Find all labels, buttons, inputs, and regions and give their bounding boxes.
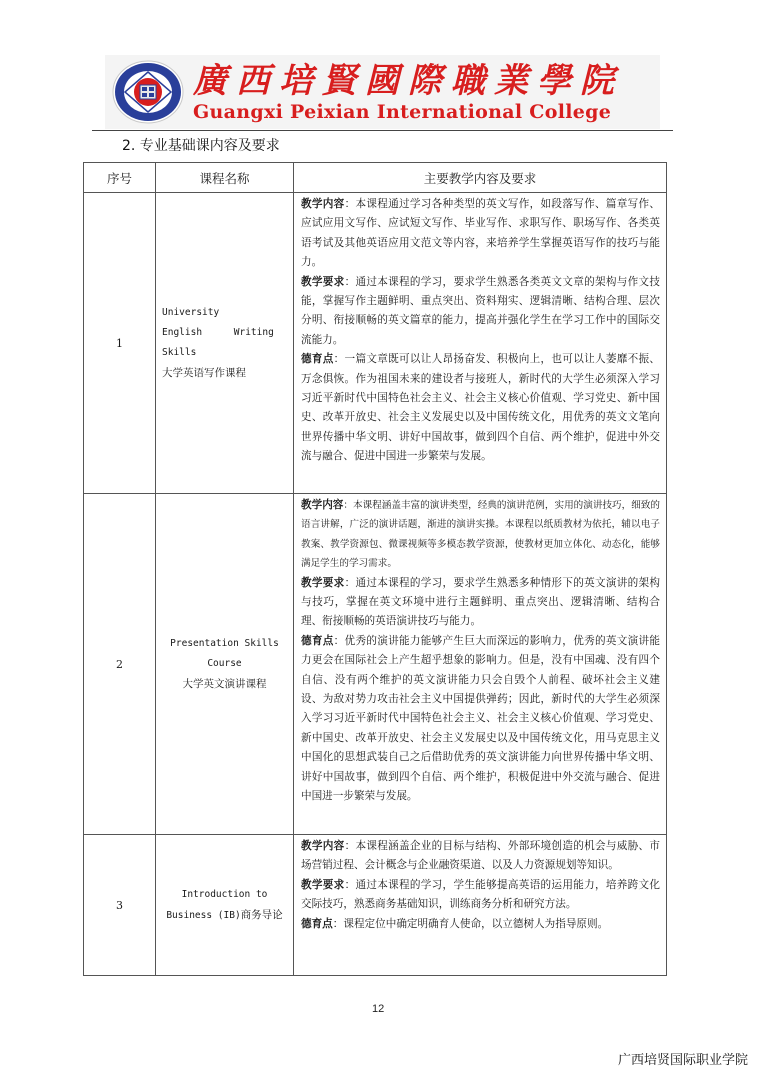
course-name-cn: 大学英文演讲课程 xyxy=(162,674,287,694)
table-row: 1 University English Writing Skills 大学英语… xyxy=(84,193,667,494)
moral-education-point: 德育点：课程定位中确定明确育人使命，以立德树人为指导原则。 xyxy=(301,915,660,934)
college-header-banner: 廣西培賢國際職業學院 Guangxi Peixian International… xyxy=(105,55,660,129)
course-name-en: Presentation Skills Course xyxy=(162,634,287,674)
teaching-content: 教学内容：本课程涵盖丰富的演讲类型，经典的演讲范例，实用的演讲技巧，细致的语言讲… xyxy=(301,496,660,574)
course-name-cn: 商务导论 xyxy=(241,909,283,921)
teaching-requirement: 教学要求：通过本课程的学习，要求学生熟悉多种情形下的英文演讲的架构与技巧，掌握在… xyxy=(301,574,660,632)
moral-education-point: 德育点：优秀的演讲能力能够产生巨大而深远的影响力，优秀的英文演讲能力更会在国际社… xyxy=(301,632,660,807)
teaching-requirement: 教学要求：通过本课程的学习，要求学生熟悉各类英文文章的架构与作文技能，掌握写作主… xyxy=(301,273,660,351)
row-index: 3 xyxy=(84,835,156,976)
moral-education-point: 德育点：一篇文章既可以让人昂扬奋发、积极向上，也可以让人萎靡不振、万念俱恢。作为… xyxy=(301,350,660,466)
table-header-row: 序号 课程名称 主要教学内容及要求 xyxy=(84,163,667,193)
section-title: 2. 专业基础课内容及要求 xyxy=(122,137,280,155)
course-description: 教学内容：本课程涵盖丰富的演讲类型，经典的演讲范例，实用的演讲技巧，细致的语言讲… xyxy=(294,494,667,835)
footer-college-name: 广西培贤国际职业学院 xyxy=(618,1049,748,1068)
course-description: 教学内容：本课程通过学习各种类型的英文写作，如段落写作、篇章写作、应试应用文写作… xyxy=(294,193,667,494)
course-name-en: University English Writing Skills xyxy=(162,303,287,363)
college-name-cn: 廣西培賢國際職業學院 xyxy=(193,61,623,101)
teaching-content: 教学内容：本课程涵盖企业的目标与结构、外部环境创造的机会与威胁、市场营销过程、会… xyxy=(301,837,660,876)
column-header-index: 序号 xyxy=(84,163,156,193)
college-emblem-icon xyxy=(111,59,185,125)
course-name-cn: 大学英语写作课程 xyxy=(162,363,287,383)
course-description: 教学内容：本课程涵盖企业的目标与结构、外部环境创造的机会与威胁、市场营销过程、会… xyxy=(294,835,667,976)
teaching-requirement: 教学要求：通过本课程的学习，学生能够提高英语的运用能力，培养跨文化交际技巧，熟悉… xyxy=(301,876,660,915)
teaching-content: 教学内容：本课程通过学习各种类型的英文写作，如段落写作、篇章写作、应试应用文写作… xyxy=(301,195,660,273)
college-name-en: Guangxi Peixian International College xyxy=(193,101,611,123)
row-index: 2 xyxy=(84,494,156,835)
course-name: Presentation Skills Course 大学英文演讲课程 xyxy=(156,494,294,835)
course-name: University English Writing Skills 大学英语写作… xyxy=(156,193,294,494)
column-header-content: 主要教学内容及要求 xyxy=(294,163,667,193)
curriculum-table: 序号 课程名称 主要教学内容及要求 1 University English W… xyxy=(83,162,667,976)
course-name: Introduction to Business (IB)商务导论 xyxy=(156,835,294,976)
row-index: 1 xyxy=(84,193,156,494)
page-number: 12 xyxy=(372,1003,384,1015)
column-header-course-name: 课程名称 xyxy=(156,163,294,193)
header-divider xyxy=(92,130,673,131)
table-row: 2 Presentation Skills Course 大学英文演讲课程 教学… xyxy=(84,494,667,835)
table-row: 3 Introduction to Business (IB)商务导论 教学内容… xyxy=(84,835,667,976)
